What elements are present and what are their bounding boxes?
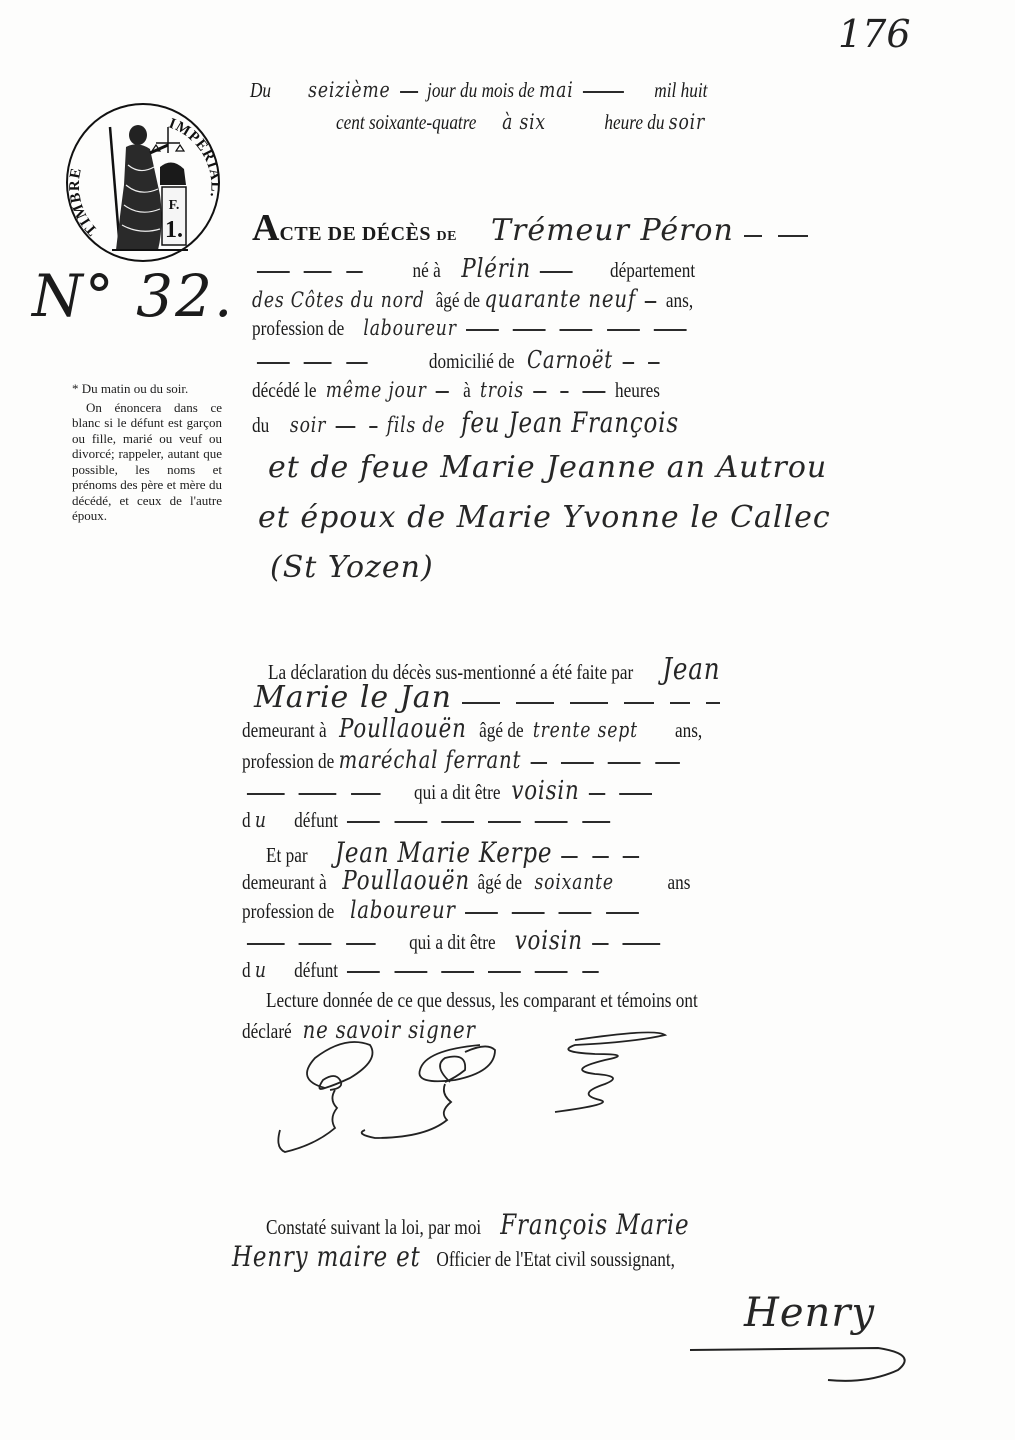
imperial-stamp: TIMBRE IMPERIAL. F. 1. [66, 103, 220, 262]
fill-dash [466, 329, 499, 331]
label-d: d [242, 808, 251, 832]
fill-dash [247, 793, 285, 795]
officer-line: Henry maire et Officier de l'Etat civil … [232, 1240, 675, 1273]
declarant2-residence: Poullaouën [342, 866, 470, 896]
fill-dash [622, 362, 633, 364]
deceased-name: Trémeur Péron [491, 213, 734, 248]
label-profession: profession de [242, 749, 334, 773]
fill-dash [351, 793, 381, 795]
fill-dash [299, 943, 332, 945]
register-number: N° 32. [32, 262, 234, 330]
fill-dash [583, 391, 606, 393]
hand-month: mai [539, 78, 574, 102]
fill-dash [561, 762, 594, 764]
fill-dash [592, 856, 608, 858]
fill-dash [465, 912, 498, 914]
label-decede-le: décédé le [252, 378, 317, 402]
constate-line: Constaté suivant la loi, par moi Françoi… [266, 1208, 689, 1241]
folio-number: 176 [838, 12, 911, 56]
fill-dash [513, 329, 546, 331]
label-ans: ans, [675, 718, 702, 742]
label-departement: département [610, 258, 695, 282]
label-du: Du [250, 78, 271, 102]
officer-first-names: François Marie [500, 1208, 689, 1241]
label-heure-du: heure du [604, 110, 664, 134]
fill-dash [436, 391, 449, 393]
birthplace: Plérin [461, 254, 530, 284]
label-ans: ans [667, 870, 690, 894]
label-officier: Officier de l'Etat civil soussignant, [436, 1247, 675, 1271]
label-d: d [242, 958, 251, 982]
domicile: Carnoët [527, 346, 613, 374]
fill-dash [608, 762, 641, 764]
declarant1-residence-line: demeurant à Poullaouën âgé de trente sep… [242, 714, 702, 744]
mayor-signature: Henry [744, 1290, 875, 1336]
fill-dash [462, 702, 500, 704]
death-date-line: décédé le même jour à trois heures [252, 378, 660, 403]
fill-dash [559, 912, 592, 914]
fill-dash [299, 793, 337, 795]
fill-dash [516, 702, 554, 704]
label-qui-a-dit-etre: qui a dit être [414, 780, 501, 804]
label-jour-du-mois: jour du mois de [427, 78, 535, 102]
fill-dash [589, 793, 605, 795]
fill-dash [560, 329, 593, 331]
mother-line: et de feue Marie Jeanne an Autrou [268, 450, 827, 485]
fill-dash [561, 391, 569, 393]
fill-dash [346, 943, 376, 945]
acte-title-initial: A [252, 207, 279, 249]
label-fils-de: fils de [387, 413, 446, 437]
label-ans: ans, [666, 288, 693, 312]
birthplace-line: né à Plérin département [252, 254, 695, 284]
label-demeurant: demeurant à [242, 718, 327, 742]
margin-footnote-status: On énoncera dans ce blanc si le défunt e… [72, 400, 222, 524]
deceased-profession: laboureur [363, 316, 456, 340]
justice-figure-icon: TIMBRE IMPERIAL. F. 1. [68, 105, 218, 260]
margin-footnote-time: * Du matin ou du soir. [72, 381, 222, 397]
acte-title-line: ACTE DE DÉCÈS de Trémeur Péron [252, 206, 814, 250]
fill-dash [257, 271, 290, 273]
fill-dash [648, 362, 659, 364]
fill-dash [394, 821, 427, 823]
fill-dash [654, 329, 687, 331]
label-demeurant: demeurant à [242, 870, 327, 894]
declarant1-profession-line: profession de maréchal ferrant [242, 746, 684, 774]
fill-dash [257, 362, 290, 364]
father-name: feu Jean François [461, 406, 679, 439]
fill-dash [607, 329, 640, 331]
fill-dash [530, 762, 546, 764]
declarant1-relation: voisin [511, 776, 579, 806]
svg-text:1.: 1. [165, 217, 183, 243]
fill-dash [512, 912, 545, 914]
spouse-line: et époux de Marie Yvonne le Callec [258, 500, 831, 535]
declarant2-age: soixante [534, 870, 613, 894]
hand-u: u [255, 808, 267, 832]
lecture-text: Lecture donnée de ce que dessus, les com… [266, 988, 698, 1012]
annotation-line: (St Yozen) [270, 550, 434, 585]
label-profession: profession de [252, 316, 344, 340]
label-constate: Constaté suivant la loi, par moi [266, 1215, 481, 1239]
hand-period: soir [669, 110, 705, 134]
department: des Côtes du nord [252, 288, 425, 312]
witness-marks-icon [255, 1030, 755, 1170]
label-age: âgé de [478, 870, 522, 894]
fill-dash [394, 971, 427, 973]
fill-dash [400, 91, 418, 93]
deceased-age: quarante neuf [484, 285, 636, 313]
hand-u: u [255, 958, 267, 982]
fill-dash [335, 426, 355, 428]
fill-dash [346, 362, 367, 364]
fill-dash [606, 912, 639, 914]
label-cent-soixante-quatre: cent soixante-quatre [336, 110, 476, 134]
stamp-top-text: TIMBRE [68, 166, 101, 238]
label-qui-a-dit-etre: qui a dit être [409, 930, 496, 954]
declarant1-age: trente sept [533, 718, 638, 742]
lecture-line: Lecture donnée de ce que dessus, les com… [266, 988, 698, 1013]
acte-title: CTE DE DÉCÈS de [279, 223, 457, 245]
declarant1-name-part2: Marie le Jan [254, 680, 452, 715]
header-date-line: Du seizième jour du mois de mai mil huit [250, 78, 707, 103]
fill-dash [347, 971, 380, 973]
fill-dash [304, 271, 332, 273]
officer-surname-title: Henry maire et [232, 1240, 421, 1273]
declarant1-defunt-line: d u défunt [242, 808, 615, 833]
fill-dash [535, 821, 568, 823]
fill-dash [369, 426, 377, 428]
fill-dash [706, 702, 720, 704]
fill-dash [247, 943, 285, 945]
label-et-par: Et par [266, 843, 308, 867]
fill-dash [592, 943, 608, 945]
declarant1-relation-line: qui a dit être voisin [242, 776, 657, 806]
date-of-death: même jour [326, 378, 427, 402]
declarant1-name-line: Marie le Jan [254, 680, 726, 715]
label-mil-huit: mil huit [654, 78, 707, 102]
declarant2-name-line: Et par Jean Marie Kerpe [266, 836, 644, 869]
declarant2-relation-line: qui a dit être voisin [242, 926, 665, 956]
profession-line: profession de laboureur [252, 316, 691, 341]
fill-dash [582, 971, 598, 973]
fill-dash [778, 235, 808, 237]
fill-dash [562, 856, 578, 858]
label-profession: profession de [242, 899, 334, 923]
label-ne-a: né à [413, 258, 441, 282]
declarant2-profession: laboureur [350, 896, 456, 924]
label-defunt: défunt [294, 808, 338, 832]
label-a: à [463, 378, 471, 402]
declarant1-profession: maréchal ferrant [339, 746, 522, 774]
declarant2-name: Jean Marie Kerpe [335, 836, 552, 869]
fill-dash [583, 91, 624, 93]
label-heures: heures [615, 378, 660, 402]
fill-dash [624, 702, 654, 704]
hour-of-death: trois [480, 378, 524, 402]
label-age: âgé de [436, 288, 480, 312]
death-certificate-page: 176 TIMBRE IMPERIAL. [0, 0, 1015, 1440]
header-time-line: cent soixante-quatre à six heure du soir [336, 110, 705, 135]
hand-hour: à six [502, 110, 546, 134]
period-of-death: soir [290, 413, 326, 437]
label-defunt: défunt [294, 958, 338, 982]
fill-dash [347, 821, 380, 823]
declarant2-profession-line: profession de laboureur [242, 896, 644, 924]
domicile-line: domicilié de Carnoët [252, 346, 664, 374]
declarant2-defunt-line: d u défunt [242, 958, 603, 983]
fill-dash [670, 702, 690, 704]
label-domicilie: domicilié de [429, 349, 515, 373]
fill-dash [623, 943, 661, 945]
fill-dash [623, 856, 639, 858]
label-age: âgé de [479, 718, 523, 742]
fill-dash [441, 971, 474, 973]
fill-dash [346, 271, 362, 273]
fill-dash [533, 391, 546, 393]
fill-dash [441, 821, 474, 823]
declarant2-relation: voisin [515, 926, 583, 956]
fill-dash [744, 235, 762, 237]
fill-dash [540, 271, 573, 273]
fill-dash [535, 971, 568, 973]
svg-text:TIMBRE: TIMBRE [68, 166, 101, 238]
declarant1-residence: Poullaouën [339, 714, 467, 744]
fill-dash [570, 702, 608, 704]
margin-instructions: * Du matin ou du soir. On énoncera dans … [72, 381, 222, 527]
fill-dash [488, 821, 521, 823]
svg-text:F.: F. [169, 198, 180, 213]
hand-day: seizième [308, 78, 390, 102]
signature-flourish-icon [688, 1340, 928, 1390]
parents-line-1: du soir fils de feu Jean François [252, 406, 679, 439]
department-age-line: des Côtes du nord âgé de quarante neuf a… [252, 285, 693, 313]
fill-dash [304, 362, 332, 364]
fill-dash [582, 821, 610, 823]
fill-dash [645, 301, 656, 303]
declarant2-residence-line: demeurant à Poullaouën âgé de soixante a… [242, 866, 690, 896]
fill-dash [619, 793, 652, 795]
fill-dash [655, 762, 680, 764]
fill-dash [488, 971, 521, 973]
label-du: du [252, 413, 269, 437]
